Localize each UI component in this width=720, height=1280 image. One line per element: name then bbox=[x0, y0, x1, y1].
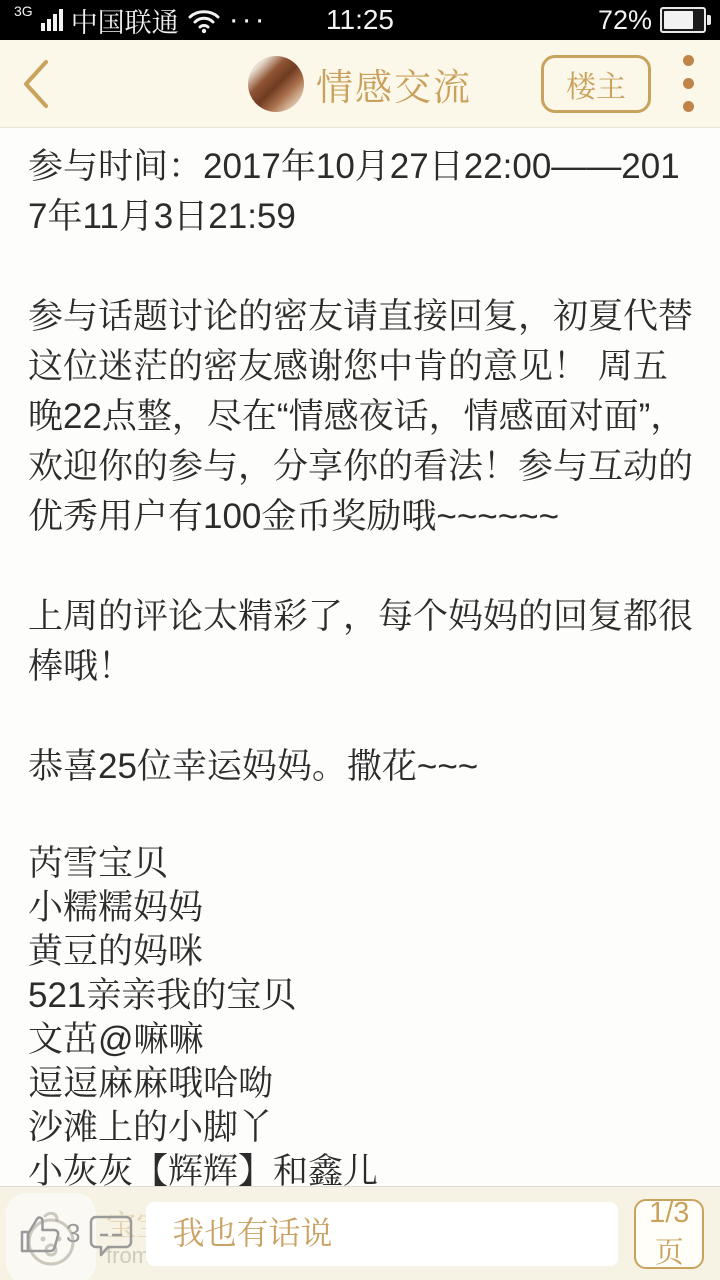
winner-name: 小糯糯妈妈 bbox=[28, 886, 694, 930]
winner-name: 逗逗麻麻哦哈呦 bbox=[28, 1062, 694, 1106]
winner-name-list: 芮雪宝贝小糯糯妈妈黄豆的妈咪521亲亲我的宝贝文茁@嘛嘛逗逗麻麻哦哈呦沙滩上的小… bbox=[28, 842, 694, 1186]
back-button[interactable] bbox=[20, 54, 80, 114]
header-bar: 情感交流 楼主 bbox=[0, 40, 720, 128]
menu-dot bbox=[683, 55, 694, 66]
winner-name: 沙滩上的小脚丫 bbox=[28, 1106, 694, 1150]
battery-percent-label: 72% bbox=[598, 5, 652, 36]
owner-filter-button[interactable]: 楼主 bbox=[541, 55, 651, 113]
page-indicator-button[interactable]: 1/3页 bbox=[634, 1199, 704, 1269]
phone-screen: 3G 中国联通 ··· 11:25 72% 情感交流 楼主 bbox=[0, 0, 720, 1280]
winner-name: 文茁@嘛嘛 bbox=[28, 1018, 694, 1062]
more-menu-button[interactable] bbox=[677, 49, 700, 118]
winner-name: 521亲亲我的宝贝 bbox=[28, 974, 694, 1018]
status-right-group: 72% bbox=[598, 5, 706, 36]
like-count: 3 bbox=[66, 1218, 80, 1249]
post-paragraph: 上周的评论太精彩了，每个妈妈的回复都很棒哦！ bbox=[28, 592, 694, 692]
comment-button[interactable] bbox=[88, 1211, 134, 1257]
comment-bubble-icon bbox=[88, 1211, 134, 1257]
comment-input[interactable] bbox=[146, 1202, 618, 1266]
thumbs-up-icon bbox=[16, 1211, 62, 1257]
chevron-left-icon bbox=[20, 58, 50, 110]
battery-icon bbox=[660, 7, 706, 33]
like-button[interactable] bbox=[16, 1211, 62, 1257]
winner-name: 小灰灰【辉辉】和鑫儿 bbox=[28, 1150, 694, 1186]
post-content: 参与时间：2017年10月27日22:00——2017年11月3日21:59参与… bbox=[0, 128, 720, 1186]
status-bar: 3G 中国联通 ··· 11:25 72% bbox=[0, 0, 720, 40]
post-paragraph: 参与话题讨论的密友请直接回复，初夏代替这位迷茫的密友感谢您中肯的意见！ 周五晚2… bbox=[28, 292, 694, 542]
post-paragraph: 恭喜25位幸运妈妈。撒花~~~ bbox=[28, 742, 694, 792]
post-body-text: 参与时间：2017年10月27日22:00——2017年11月3日21:59参与… bbox=[28, 142, 694, 792]
page-title: 情感交流 bbox=[316, 57, 472, 111]
winner-name: 芮雪宝贝 bbox=[28, 842, 694, 886]
bottom-action-bar: 宝宝树 from 宝宝树 3 1/3页 bbox=[0, 1186, 720, 1280]
winner-name: 黄豆的妈咪 bbox=[28, 930, 694, 974]
menu-dot bbox=[683, 78, 694, 89]
post-paragraph: 参与时间：2017年10月27日22:00——2017年11月3日21:59 bbox=[28, 142, 694, 242]
board-avatar[interactable] bbox=[248, 56, 304, 112]
battery-fill bbox=[664, 11, 693, 29]
menu-dot bbox=[683, 101, 694, 112]
